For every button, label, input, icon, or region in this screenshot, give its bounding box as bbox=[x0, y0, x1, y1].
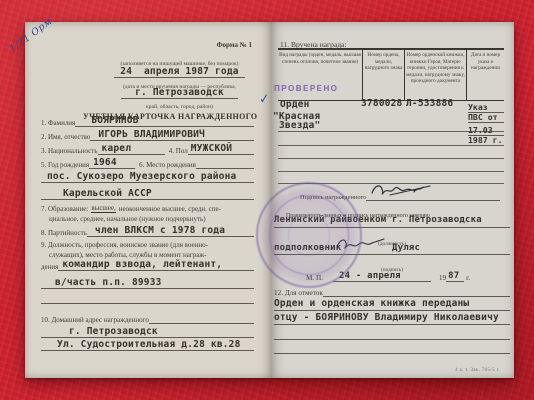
card-right-page: 11. Вручена награда: Вид награды (орден,… bbox=[272, 22, 514, 378]
field-party: 8. Партийность член ВЛКСМ с 1978 года bbox=[41, 225, 254, 237]
ruled-line bbox=[149, 323, 254, 324]
notes-line-2: отцу - БОЯРИНОВУ Владимиру Николаевичу bbox=[274, 313, 510, 325]
officer-name-value: Дуляс bbox=[392, 244, 420, 253]
checkmark-icon: ✓ bbox=[258, 91, 270, 107]
field-birth-place-2: Карельской АССР bbox=[41, 188, 254, 200]
field-birth-place-1: пос. Сукозеро Муезерского района bbox=[41, 171, 254, 183]
field-position-value-1: дения командир взвода, лейтенант, bbox=[41, 259, 254, 271]
print-code: 4 а. т. Зак. 705-5 г. bbox=[455, 358, 500, 376]
ruled-line bbox=[196, 168, 254, 169]
field-education-1: 7. Образование: высшее, неоконченное выс… bbox=[41, 203, 254, 213]
field-nationality-sex: 3. Национальность карел 4. Пол МУЖСКОЙ bbox=[41, 143, 254, 155]
ruled-line bbox=[278, 145, 504, 146]
awardee-signature-scribble bbox=[370, 180, 442, 200]
field-address-label: 10. Домашний адрес награжденного bbox=[41, 314, 254, 324]
ruled-line bbox=[274, 341, 510, 354]
col-document-number: Номер орденской книжки, книжки Героя, Ма… bbox=[404, 50, 466, 100]
ruled-line bbox=[278, 131, 504, 132]
field-address-2: Ул. Судостроительная д.28 кв.28 bbox=[41, 339, 254, 351]
ruled-line bbox=[323, 296, 510, 297]
blank-ruled-row bbox=[41, 292, 254, 304]
document-number-value: Л-533886 bbox=[406, 99, 453, 109]
form-number: Форма № 1 bbox=[216, 34, 252, 52]
award-type-3: Звезда" bbox=[279, 121, 320, 131]
field-education-2: циальное, среднее, начальное (нужное под… bbox=[41, 213, 254, 223]
award-card: Форма № 1 (заполняется на пишущей машинк… bbox=[25, 22, 514, 378]
award-type-1: Орден bbox=[280, 100, 310, 110]
year-value: 87 bbox=[446, 272, 464, 282]
field-address-1: г. Петрозаводск bbox=[41, 326, 254, 338]
decree-4: 1987 г. bbox=[468, 135, 504, 145]
sign-date-value: 24 - апреля bbox=[333, 272, 431, 282]
field-birth-year-place: 5. Год рождения 1964 6. Место рождения bbox=[41, 157, 254, 169]
field-name: 2. Имя, отчество ИГОРЬ ВЛАДИМИРОВИЧ bbox=[41, 129, 254, 141]
ruled-line bbox=[41, 303, 254, 304]
photo-of-award-card: { "colors": { "background_red": "#cb212d… bbox=[0, 0, 534, 400]
field-position-value-2: в/часть п.п. 89933 bbox=[41, 277, 254, 289]
decree-2: ПВС от bbox=[468, 112, 504, 123]
card-left-page: Форма № 1 (заполняется на пишущей машинк… bbox=[25, 22, 272, 378]
form-number-label: Форма № 1 bbox=[216, 41, 252, 49]
award-number-value: 3780028 bbox=[361, 99, 402, 109]
field-position-label-2: служащих), место работы, службы в момент… bbox=[41, 249, 254, 259]
ruled-line bbox=[366, 200, 500, 201]
ruled-line bbox=[278, 158, 504, 159]
notes-line-1: Орден и орденская книжка переданы bbox=[274, 299, 510, 311]
col-decree-date: Дата и номер указа о награждении bbox=[466, 50, 504, 100]
field-position-label-1: 9. Должность, профессия, воинское звание… bbox=[41, 239, 254, 249]
provereno-stamp: ПРОВЕРЕНО bbox=[274, 78, 339, 96]
field-surname: 1. Фамилия БОЯРИНОВ bbox=[41, 115, 254, 127]
education-underlined-option: высшее, bbox=[91, 204, 115, 213]
ruled-line bbox=[274, 327, 510, 340]
ruled-line bbox=[278, 171, 504, 172]
col-award-number: Номер ордена, медали, нагрудного знака bbox=[362, 50, 404, 100]
